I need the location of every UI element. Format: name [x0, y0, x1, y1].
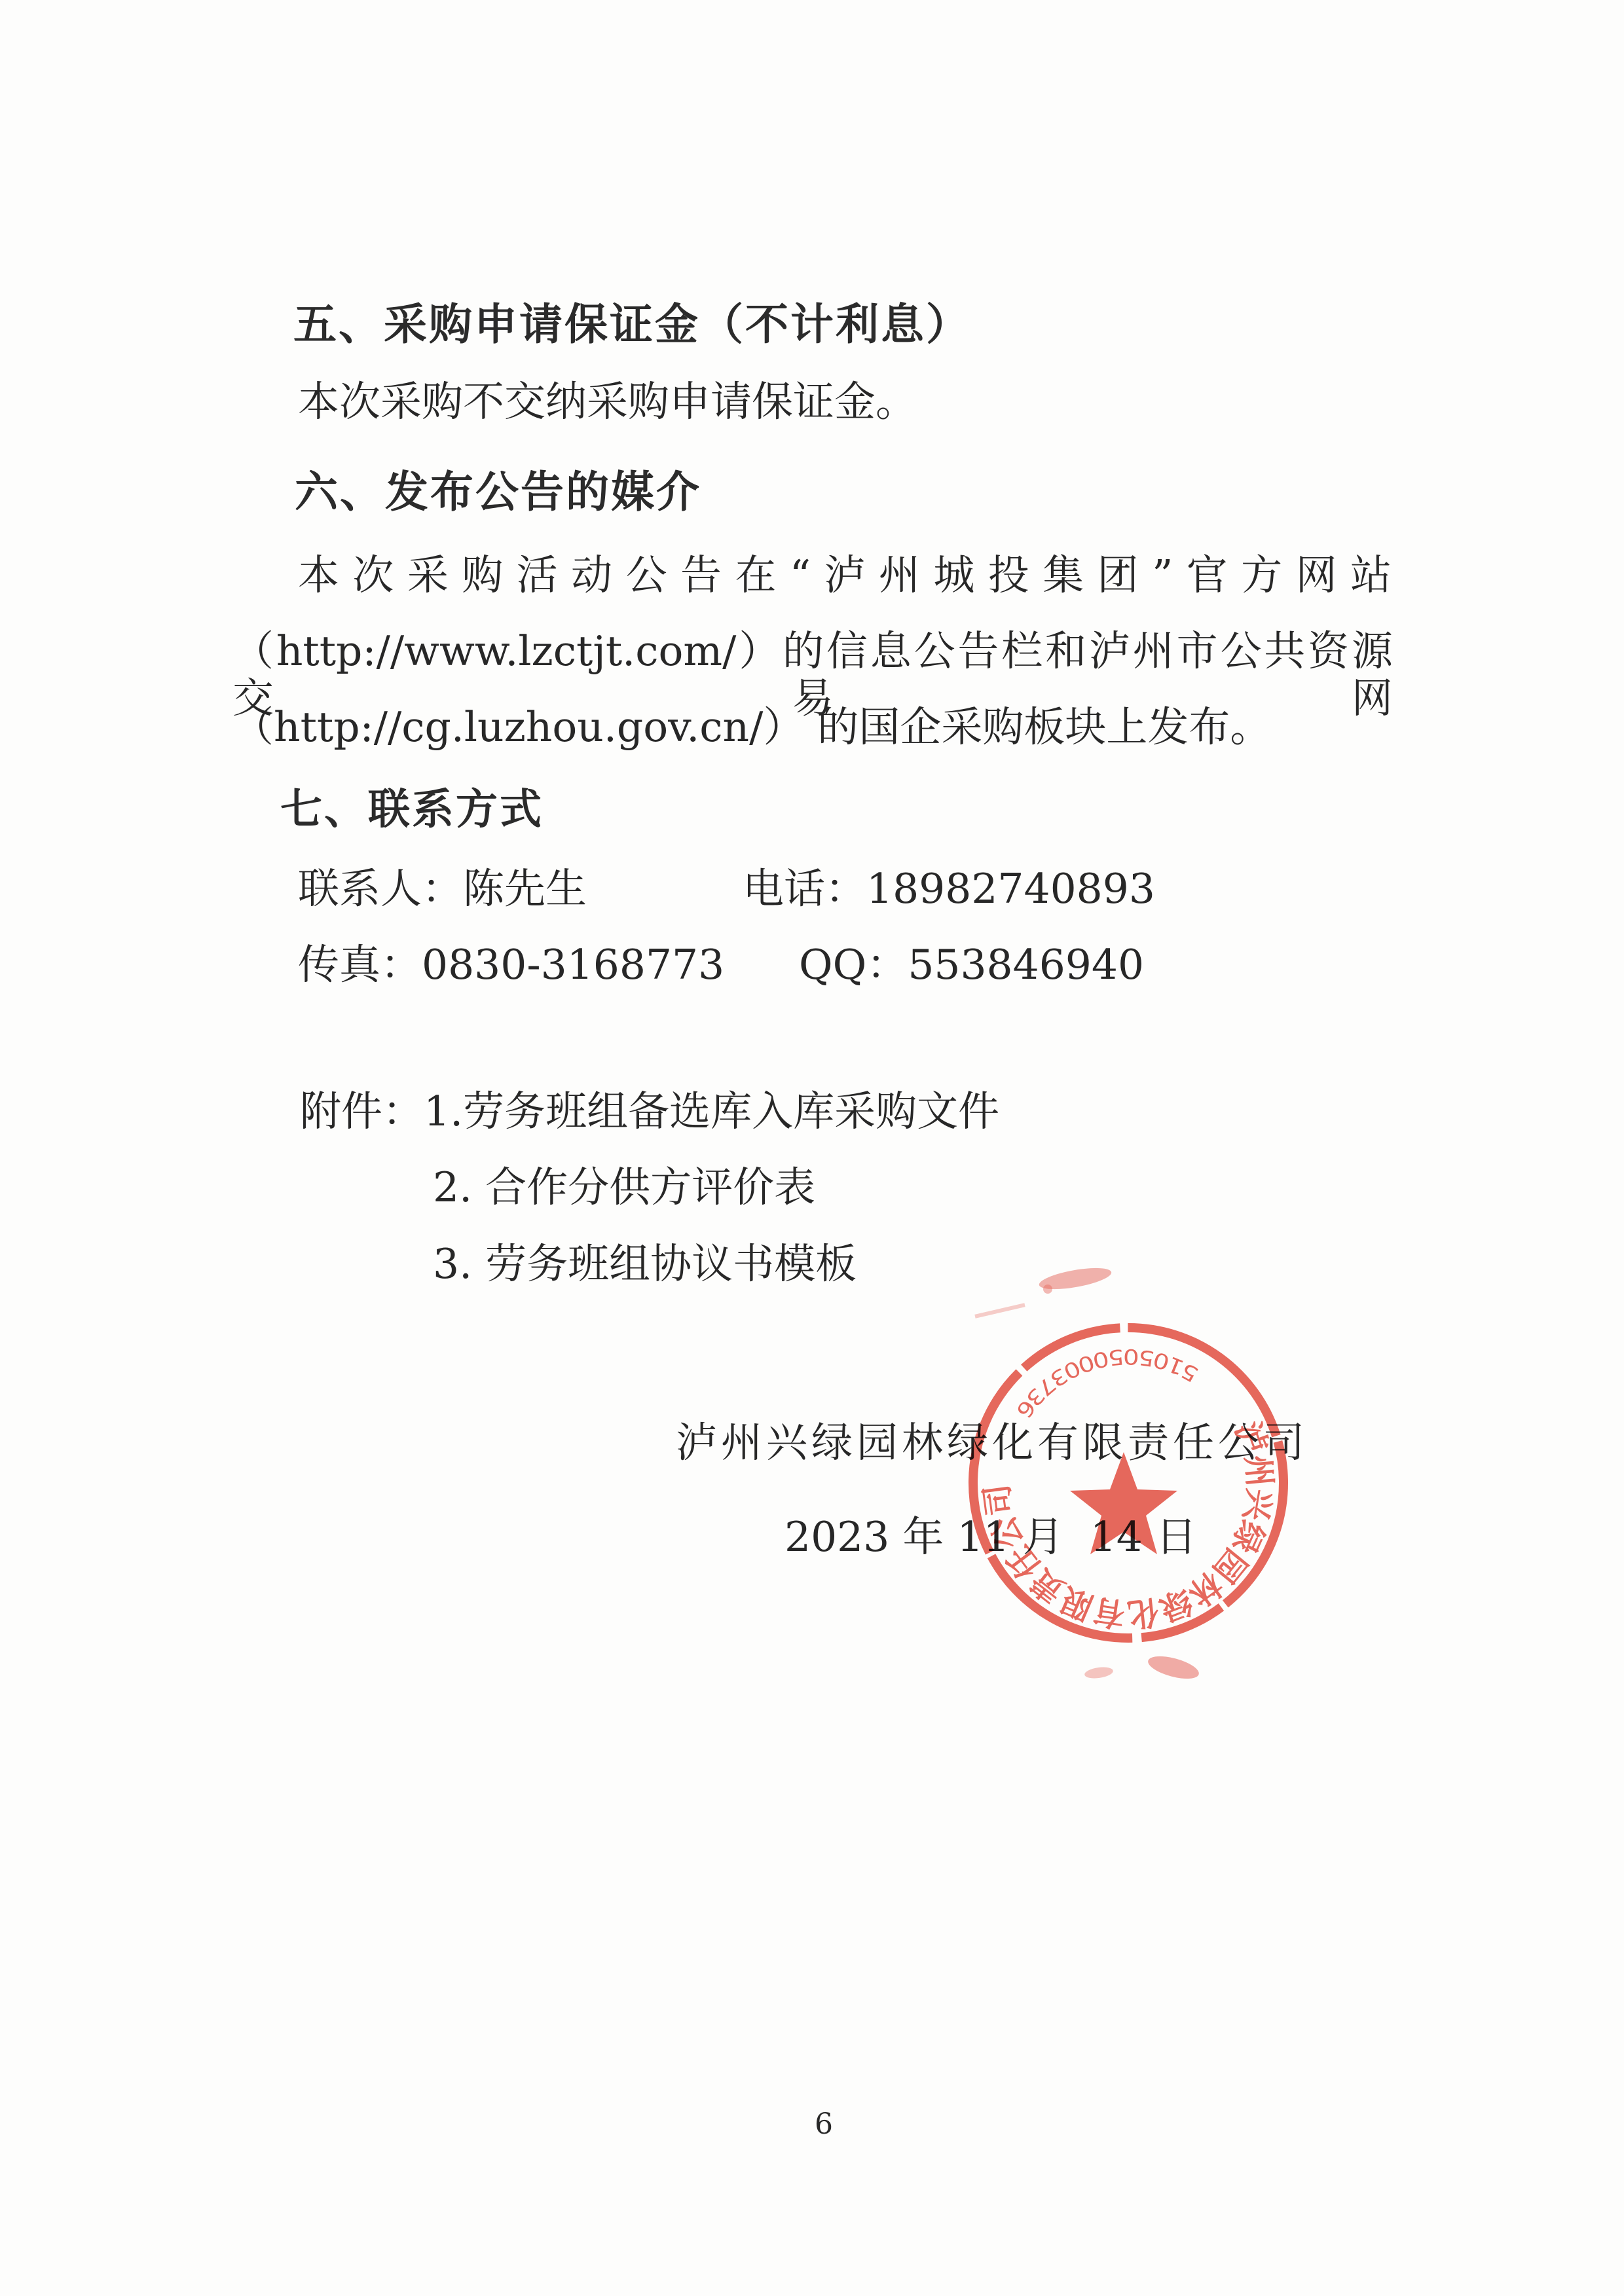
section-six-heading: 六、发布公告的媒介 — [295, 469, 701, 517]
seal-outer-ring — [973, 1328, 1283, 1638]
seal-smudge-bottom-right — [1146, 1652, 1202, 1683]
contact-phone-value: 18982740893 — [866, 865, 1155, 913]
seal-smudge-dot — [1043, 1285, 1052, 1294]
section-five-heading: 五、采购申请保证金（不计利息） — [293, 301, 971, 349]
section-five-body: 本次采购不交纳采购申请保证金。 — [298, 378, 917, 426]
seal-text-ring: 泸州兴绿园林绿化有限责任公司 5105050003736 — [950, 1314, 1309, 1664]
contact-person: 联系人：陈先生 — [298, 866, 587, 913]
section-seven-heading: 七、联系方式 — [280, 787, 544, 833]
attachment-item-2: 2. 合作分供方评价表 — [433, 1164, 815, 1211]
svg-text:5105050003736: 5105050003736 — [1002, 1326, 1206, 1428]
contact-qq-label: QQ： — [799, 941, 908, 989]
document-page: 五、采购申请保证金（不计利息） 本次采购不交纳采购申请保证金。 六、发布公告的媒… — [0, 0, 1624, 2296]
company-seal-stamp: 泸州兴绿园林绿化有限责任公司 5105050003736 — [936, 1241, 1329, 1712]
contact-person-value: 陈先生 — [463, 865, 587, 913]
contact-fax-value: 0830-3168773 — [422, 941, 724, 989]
section-six-line3: （http://cg.luzhou.gov.cn/） 的国企采购板块上发布。 — [232, 704, 1271, 751]
attachment-item-1: 1.劳务班组备选库入库采购文件 — [424, 1087, 999, 1135]
contact-person-label: 联系人： — [298, 865, 463, 913]
signature-company: 泸州兴绿园林绿化有限责任公司 — [676, 1419, 1308, 1467]
signature-date: 2023 年 11 月 14 日 — [784, 1514, 1197, 1561]
contact-fax: 传真：0830-3168773 — [298, 941, 724, 989]
seal-smudge-bottom-left — [1084, 1666, 1114, 1680]
contact-phone-label: 电话： — [743, 865, 866, 913]
seal-serial-text: 5105050003736 — [1002, 1326, 1206, 1428]
seal-smudge-top — [1038, 1264, 1113, 1293]
contact-qq: QQ：553846940 — [799, 941, 1144, 989]
seal-smudge-line — [974, 1303, 1025, 1318]
contact-fax-label: 传真： — [298, 941, 422, 989]
attachment-item-3: 3. 劳务班组协议书模板 — [433, 1241, 857, 1288]
attachments-label: 附件： — [300, 1087, 424, 1135]
contact-phone: 电话：18982740893 — [743, 866, 1155, 913]
page-number: 6 — [815, 2108, 833, 2141]
attachments-row-1: 附件：1.劳务班组备选库入库采购文件 — [300, 1088, 999, 1135]
section-six-line1: 本次采购活动公告在“泸州城投集团”官方网站 — [298, 552, 1392, 599]
contact-qq-value: 553846940 — [908, 941, 1144, 989]
